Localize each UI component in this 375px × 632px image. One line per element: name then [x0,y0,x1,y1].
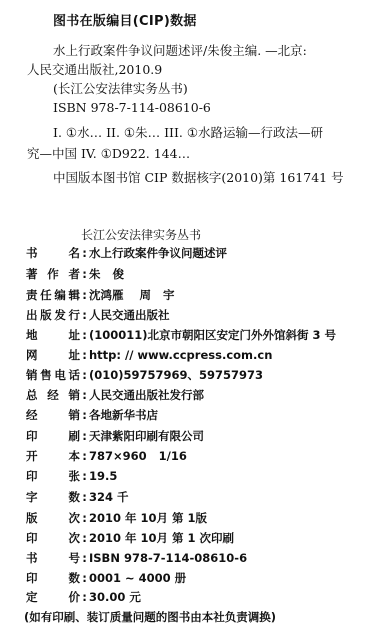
row-value: 沈鸿雁 周 宇 [89,287,175,303]
row-label: 版次 [26,510,80,526]
row-label: 地址 [26,327,80,343]
row-label: 开本 [26,448,80,464]
row-label: 书号 [26,550,80,566]
row-label: 字数 [26,489,80,505]
row-label: 定价 [26,589,80,605]
imprint-row-printer: 印刷 : 天津紫阳印刷有限公司 [26,428,204,444]
cip-series-line: (长江公安法律实务丛书) [53,81,188,97]
row-value: 水上行政案件争议问题述评 [89,245,227,261]
row-value: 人民交通出版社 [89,307,170,323]
imprint-row-edition: 版次 : 2010 年 10月 第 1版 [26,510,207,526]
imprint-row-isbn: 书号 : ISBN 978-7-114-08610-6 [26,550,247,566]
cip-isbn-line: ISBN 978-7-114-08610-6 [53,100,211,116]
row-value: ISBN 978-7-114-08610-6 [89,550,247,566]
cip-record-number-line: 中国版本图书馆 CIP 数据核字(2010)第 161741 号 [53,170,344,186]
replacement-note: (如有印刷、装订质量问题的图书由本社负责调换) [24,609,276,625]
row-label: 印张 [26,468,80,484]
imprint-row-sheets: 印张 : 19.5 [26,468,117,484]
imprint-row-print-run: 印数 : 0001 ~ 4000 册 [26,570,186,586]
imprint-row-price: 定价 : 30.00 元 [26,589,141,605]
row-value: 324 千 [89,489,129,505]
row-label: 出版发行 [26,307,80,323]
row-value: (010)59757969、59757973 [89,367,263,383]
imprint-row-distributor: 经销 : 各地新华书店 [26,407,158,423]
cip-book-title-line: 水上行政案件争议问题述评/朱俊主编. —北京: [53,43,307,59]
row-label: 责任编辑 [26,287,80,303]
imprint-row-format: 开本 : 787×960 1/16 [26,448,187,464]
row-label: 印次 [26,530,80,546]
imprint-row-editor: 责任编辑 : 沈鸿雁 周 宇 [26,287,175,303]
cip-title: 图书在版编目(CIP)数据 [53,10,197,29]
price-value: 30.00 元 [89,589,141,605]
row-label: 印刷 [26,428,80,444]
row-label: 网址 [26,347,80,363]
row-label: 总经销 [26,387,80,403]
imprint-row-website: 网址 : http: // www.ccpress.com.cn [26,347,272,363]
row-value: 天津紫阳印刷有限公司 [89,428,204,444]
row-value: 787×960 1/16 [89,448,187,464]
row-value: 人民交通出版社发行部 [89,387,204,403]
series-title: 长江公安法律实务丛书 [81,226,201,243]
row-value: 0001 ~ 4000 册 [89,570,186,586]
row-label: 印数 [26,570,80,586]
imprint-row-sales-phone: 销售电话 : (010)59757969、59757973 [26,367,263,383]
imprint-row-word-count: 字数 : 324 千 [26,489,129,505]
imprint-row-book-name: 书名 : 水上行政案件争议问题述评 [26,245,227,261]
imprint-row-general-distributor: 总经销 : 人民交通出版社发行部 [26,387,204,403]
cip-publisher-line: 人民交通出版社,2010.9 [27,62,162,78]
website-link: http: // www.ccpress.com.cn [89,347,272,363]
row-value: 19.5 [89,468,117,484]
row-value: 朱 俊 [89,266,124,282]
row-label: 著作者 [26,266,80,282]
cip-classification-line-2: 究—中国 IV. ①D922. 144… [27,146,190,162]
row-label: 销售电话 [26,367,80,383]
row-label: 经销 [26,407,80,423]
row-value: 2010 年 10月 第 1 次印刷 [89,530,234,546]
row-label: 书名 [26,245,80,261]
imprint-row-author: 著作者 : 朱 俊 [26,266,124,282]
row-value: 2010 年 10月 第 1版 [89,510,207,526]
imprint-row-publisher: 出版发行 : 人民交通出版社 [26,307,170,323]
imprint-row-address: 地址 : (100011)北京市朝阳区安定门外外馆斜街 3 号 [26,327,336,343]
row-value: (100011)北京市朝阳区安定门外外馆斜街 3 号 [89,327,336,343]
cip-classification-line-1: I. ①水… II. ①朱… III. ①水路运输—行政法—研 [53,125,323,141]
imprint-row-printing: 印次 : 2010 年 10月 第 1 次印刷 [26,530,234,546]
row-value: 各地新华书店 [89,407,158,423]
